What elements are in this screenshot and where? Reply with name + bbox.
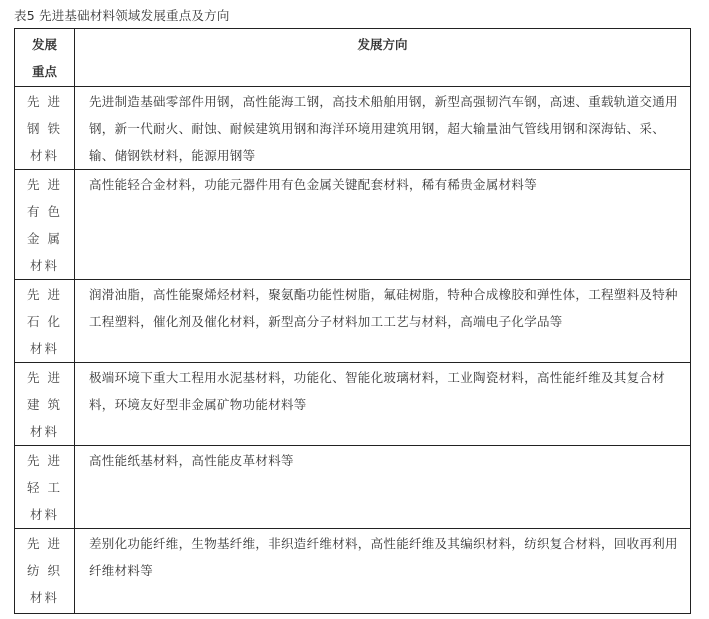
table-header-row: 发展 重点 发展方向 [15,29,691,87]
category-line: 金 属 [15,225,74,252]
category-cell: 先 进 石 化 材料 [15,280,75,363]
category-line: 有 色 [15,198,74,225]
category-line: 轻 工 [15,474,74,501]
direction-cell: 差别化功能纤维，生物基纤维，非织造纤维材料，高性能纤维及其编织材料，纺织复合材料… [75,529,691,614]
category-line: 石 化 [15,308,74,335]
table-row: 先 进 石 化 材料 润滑油脂，高性能聚烯烃材料，聚氨酯功能性树脂，氟硅树脂，特… [15,280,691,363]
category-line: 先 进 [15,281,74,308]
materials-table: 发展 重点 发展方向 先 进 钢 铁 材料 先进制造基础零部件用钢，高性能海工钢… [14,28,691,614]
header-development-direction: 发展方向 [75,29,691,87]
table-row: 先 进 纺 织 材料 差别化功能纤维，生物基纤维，非织造纤维材料，高性能纤维及其… [15,529,691,614]
table-row: 先 进 钢 铁 材料 先进制造基础零部件用钢，高性能海工钢，高技术船舶用钢，新型… [15,87,691,170]
direction-cell: 润滑油脂，高性能聚烯烃材料，聚氨酯功能性树脂，氟硅树脂，特种合成橡胶和弹性体，工… [75,280,691,363]
category-line: 钢 铁 [15,115,74,142]
category-line: 先 进 [15,88,74,115]
table-row: 先 进 有 色 金 属 材料 高性能轻合金材料，功能元器件用有色金属关键配套材料… [15,170,691,280]
table-row: 先 进 建 筑 材料 极端环境下重大工程用水泥基材料，功能化、智能化玻璃材料，工… [15,363,691,446]
header-line: 重点 [15,58,74,85]
category-line: 材料 [15,584,74,611]
category-cell: 先 进 轻 工 材料 [15,446,75,529]
category-line: 纺 织 [15,557,74,584]
category-cell: 先 进 钢 铁 材料 [15,87,75,170]
category-line: 材料 [15,142,74,169]
category-cell: 先 进 有 色 金 属 材料 [15,170,75,280]
table-row: 先 进 轻 工 材料 高性能纸基材料，高性能皮革材料等 [15,446,691,529]
direction-cell: 极端环境下重大工程用水泥基材料，功能化、智能化玻璃材料，工业陶瓷材料，高性能纤维… [75,363,691,446]
category-line: 先 进 [15,530,74,557]
category-line: 先 进 [15,171,74,198]
table-caption: 表5 先进基础材料领域发展重点及方向 [14,6,230,24]
category-line: 先 进 [15,447,74,474]
category-line: 材料 [15,501,74,528]
direction-cell: 先进制造基础零部件用钢，高性能海工钢，高技术船舶用钢，新型高强韧汽车钢，高速、重… [75,87,691,170]
header-line: 发展 [15,31,74,58]
category-line: 材料 [15,418,74,445]
category-line: 建 筑 [15,391,74,418]
category-line: 材料 [15,335,74,362]
category-cell: 先 进 纺 织 材料 [15,529,75,614]
category-line: 先 进 [15,364,74,391]
header-development-focus: 发展 重点 [15,29,75,87]
direction-cell: 高性能纸基材料，高性能皮革材料等 [75,446,691,529]
category-cell: 先 进 建 筑 材料 [15,363,75,446]
direction-cell: 高性能轻合金材料，功能元器件用有色金属关键配套材料，稀有稀贵金属材料等 [75,170,691,280]
category-line: 材料 [15,252,74,279]
